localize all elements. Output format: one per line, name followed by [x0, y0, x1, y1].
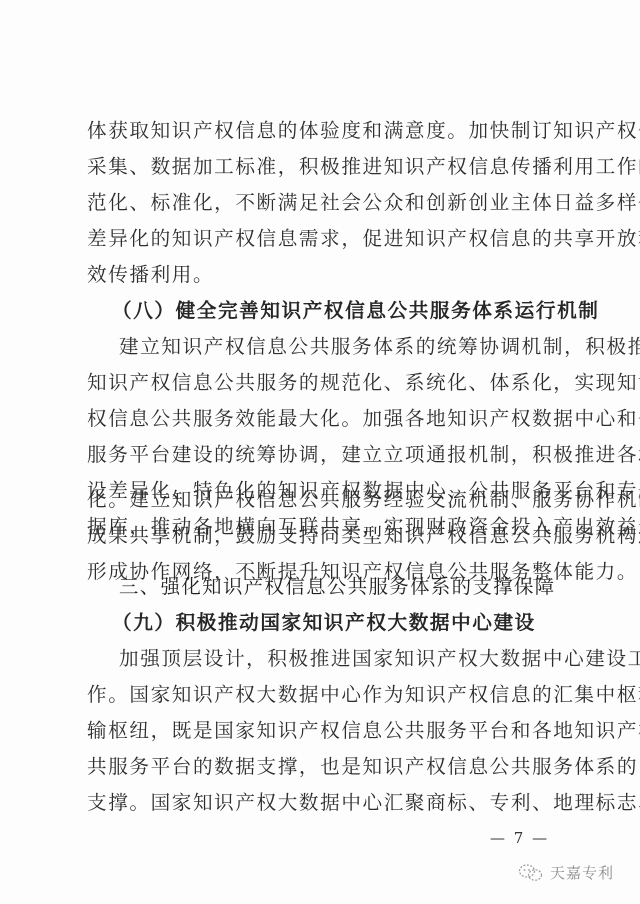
body-line: 差异化的知识产权信息需求，促进知识产权信息的共享开放和有 [87, 227, 557, 251]
watermark-label: 天嘉专利 [550, 862, 614, 883]
body-line: 服务平台建设的统筹协调，建立立项通报机制，积极推进各地建 [87, 443, 557, 467]
body-line: 知识产权信息公共服务的规范化、系统化、体系化，实现知识产 [87, 371, 557, 395]
body-line: 加强顶层设计，积极推进国家知识产权大数据中心建设工 [119, 647, 589, 671]
body-line: 作。国家知识产权大数据中心作为知识产权信息的汇集中枢和传 [87, 683, 557, 707]
watermark: 天嘉专利 [518, 862, 614, 883]
body-line: 效传播利用。 [87, 263, 557, 287]
body-line: 共服务平台的数据支撑，也是知识产权信息公共服务体系的网络 [87, 755, 557, 779]
body-line: 化。建立知识产权信息公共服务经验交流机制、服务协作机制和 [87, 488, 557, 512]
body-line: 建立知识产权信息公共服务体系的统筹协调机制，积极推动 [119, 335, 589, 359]
section-subheading-8: （八）健全完善知识产权信息公共服务体系运行机制 [112, 299, 582, 323]
section-subheading-9: （九）积极推动国家知识产权大数据中心建设 [112, 611, 582, 635]
page-number: — 7 — [490, 829, 549, 847]
body-line: 体获取知识产权信息的体验度和满意度。加快制订知识产权信息 [87, 119, 557, 143]
body-line: 权信息公共服务效能最大化。加强各地知识产权数据中心和公共 [87, 407, 557, 431]
body-line: 采集、数据加工标准，积极推进知识产权信息传播利用工作的规 [87, 155, 557, 179]
wechat-icon [518, 863, 544, 883]
body-line: 范化、标准化，不断满足社会公众和创新创业主体日益多样化、 [87, 191, 557, 215]
body-line: 支撑。国家知识产权大数据中心汇聚商标、专利、地理标志、集 [87, 791, 557, 815]
section-heading-3: 三、强化知识产权信息公共服务体系的支撑保障 [119, 575, 589, 599]
document-page: 体获取知识产权信息的体验度和满意度。加快制订知识产权信息 采集、数据加工标准，积… [0, 0, 640, 904]
body-line: 成果共享机制，鼓励支持同类型知识产权信息公共服务机构之间 [87, 524, 557, 548]
body-line: 输枢纽，既是国家知识产权信息公共服务平台和各地知识产权公 [87, 719, 557, 743]
